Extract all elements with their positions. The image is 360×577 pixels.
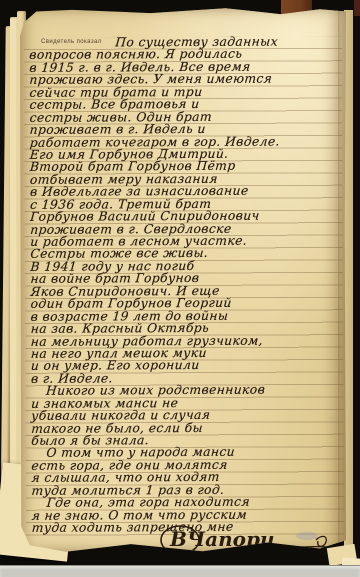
handwriting-line: Никого из моих родственников xyxy=(31,383,348,397)
handwriting-lines: По существу заданныхвопросов поясняю. Я … xyxy=(29,35,348,534)
manuscript-page: Свидетель показал По существу заданныхво… xyxy=(20,6,346,554)
signature-flourish: ВЧапори xyxy=(158,514,338,562)
scanned-document-photo: Свидетель показал По существу заданныхво… xyxy=(0,0,360,577)
book-spine-sliver xyxy=(354,0,360,16)
signature: ВЧапори xyxy=(158,514,338,566)
signature-text: ВЧапори xyxy=(169,527,275,551)
table-surface-strip xyxy=(0,565,360,577)
